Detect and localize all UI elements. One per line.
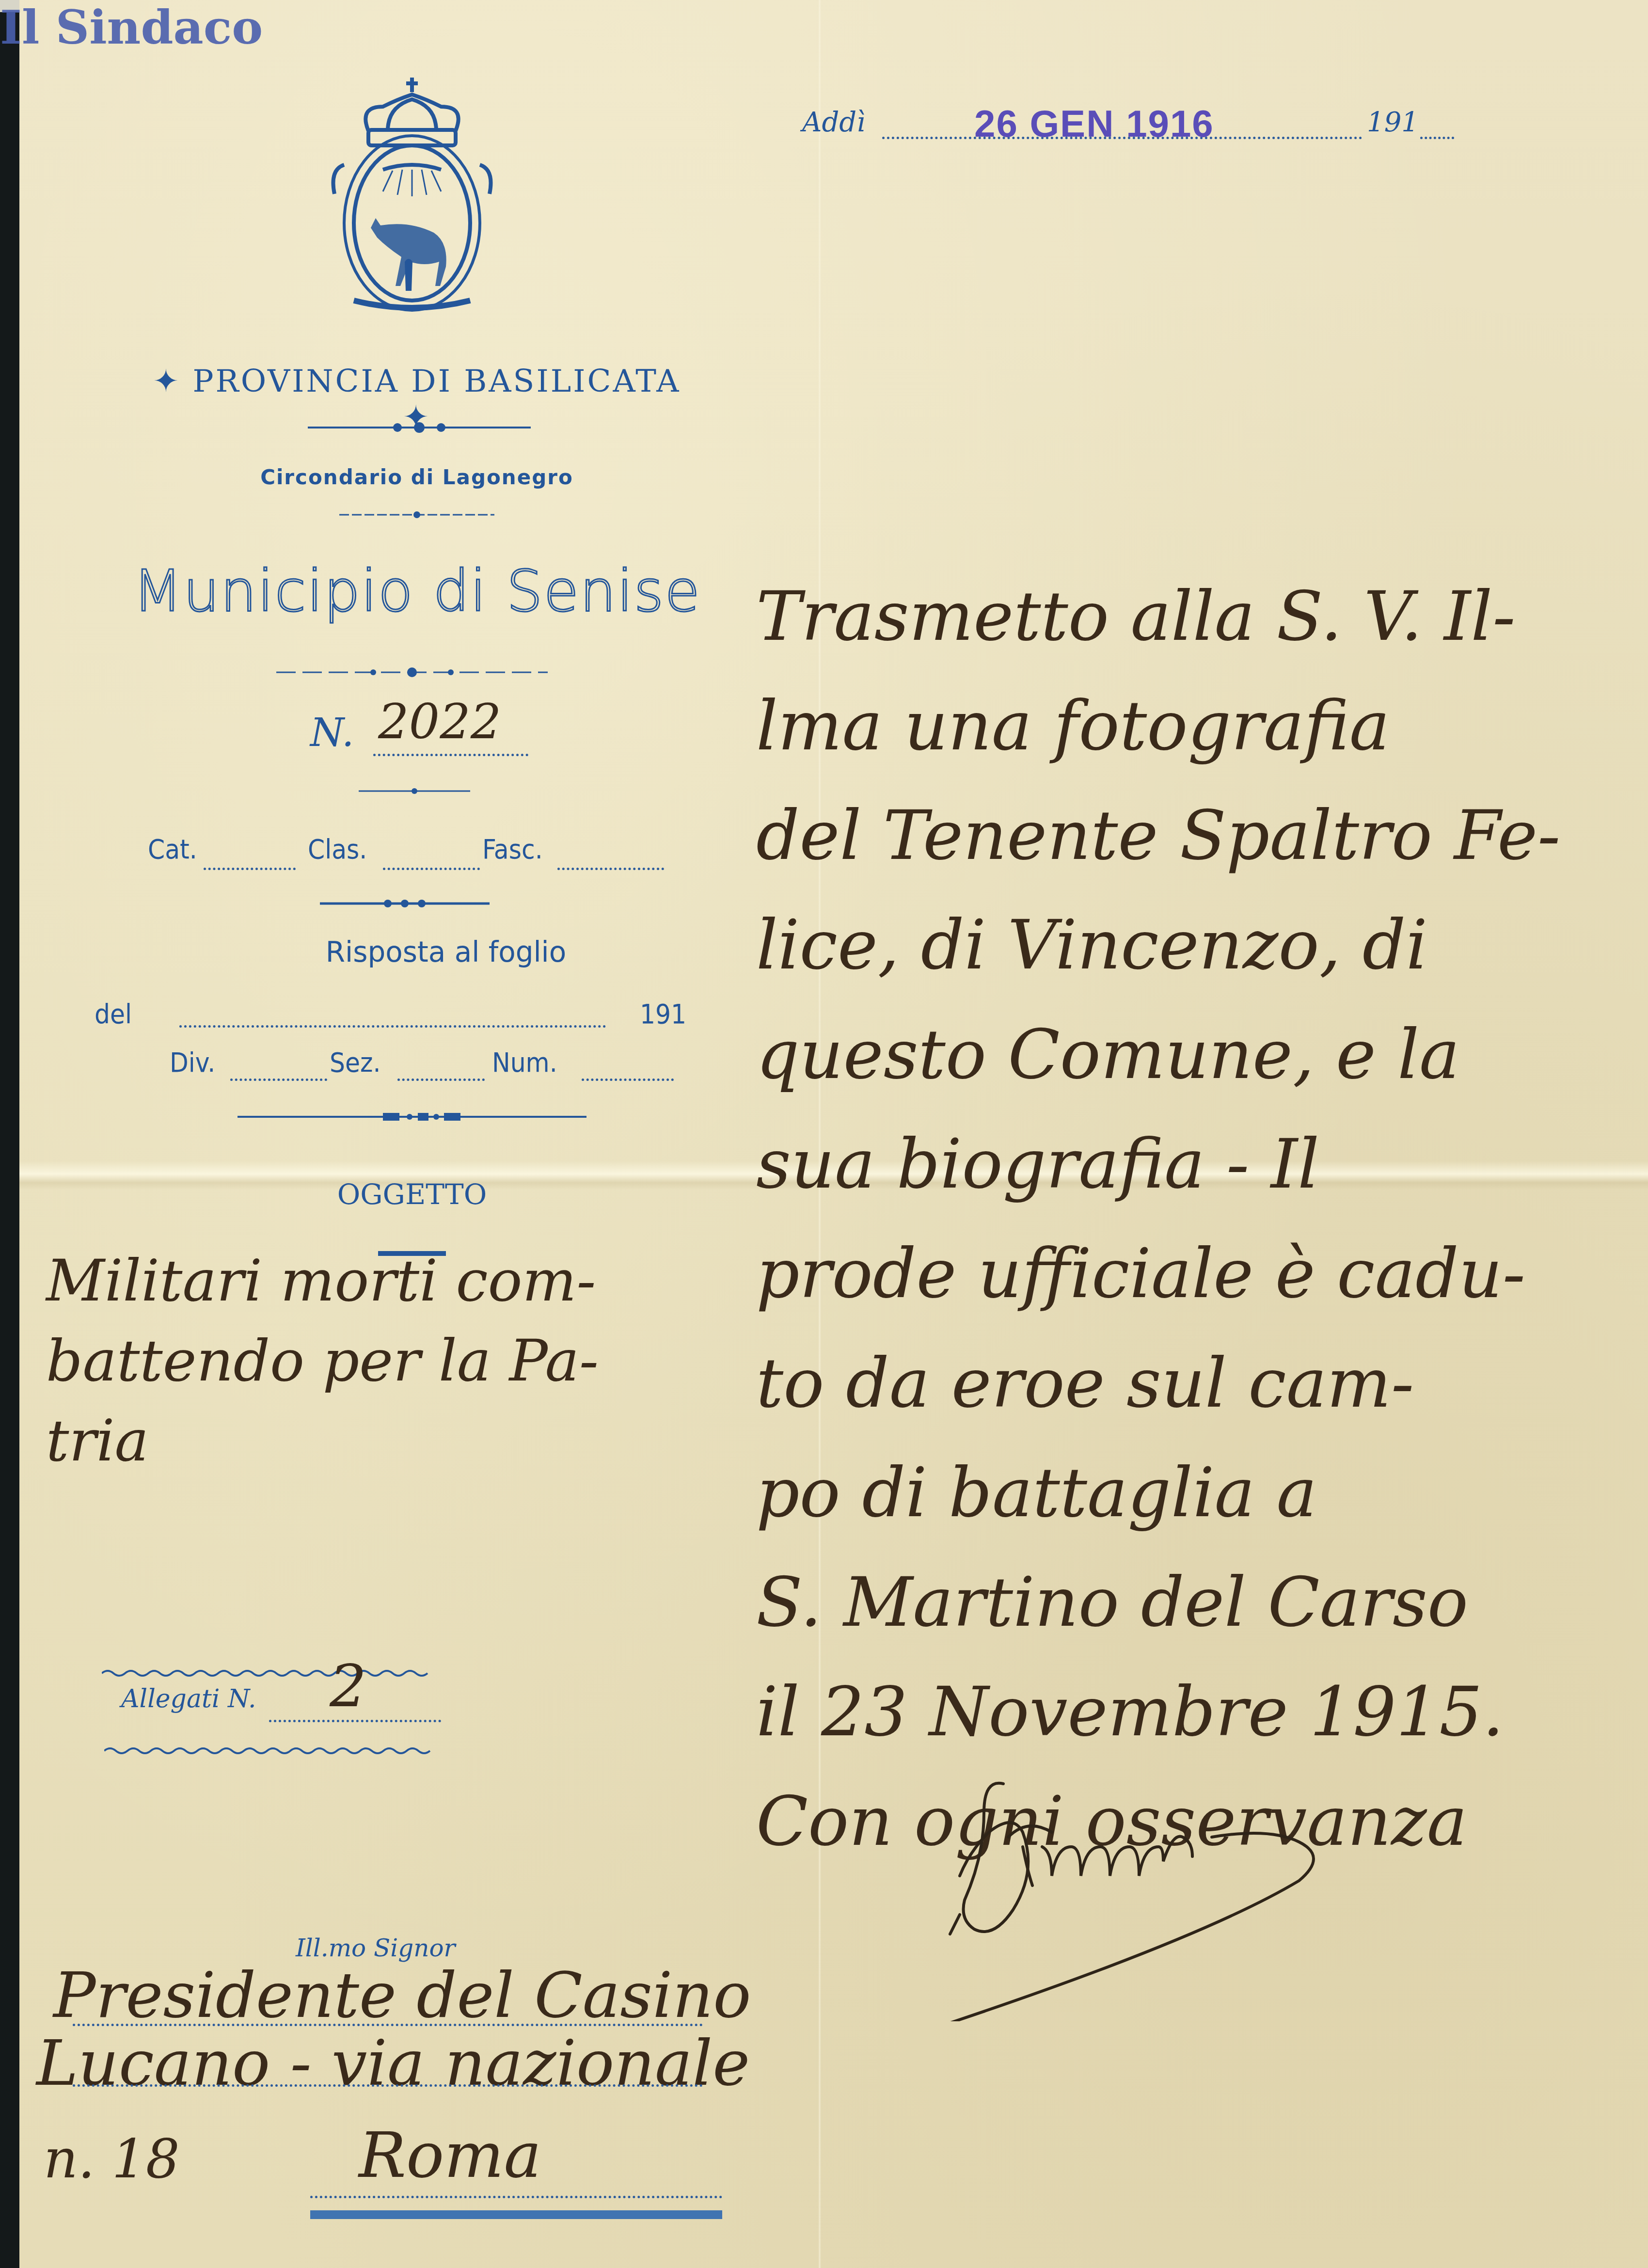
protocol-number-line (373, 754, 528, 756)
city-line (310, 2196, 722, 2198)
city-underline (310, 2210, 722, 2219)
ornamental-divider (359, 785, 470, 797)
mayor-title-stamp: Il Sindaco (0, 0, 1648, 55)
subject-line: Militari morti com- (46, 1241, 749, 1321)
date-stamp: 26 GEN 1916 (974, 102, 1214, 146)
subject-heading: OGGETTO (194, 1178, 630, 1211)
clas-field[interactable] (383, 868, 480, 870)
scan-border-left (0, 12, 19, 2268)
body-line: lma una fotografia (756, 672, 1638, 781)
sez-label: Sez. (330, 1047, 380, 1078)
cat-label: Cat. (148, 834, 197, 865)
body-line: del Tenente Spaltro Fe- (756, 781, 1638, 891)
ornamental-divider (339, 509, 494, 521)
date-year-prefix: 191 (1367, 107, 1419, 138)
recipient-street-number: n. 18 (44, 2128, 180, 2190)
letter-body: Trasmetto alla S. V. Il- lma una fotogra… (756, 562, 1638, 1877)
reply-year-prefix: 191 (640, 999, 686, 1030)
subject-text: Militari morti com- battendo per la Pa- … (46, 1241, 749, 1481)
fasc-field[interactable] (557, 868, 664, 870)
body-line: S. Martino del Carso (756, 1548, 1638, 1658)
district-name: Circondario di Lagonegro (145, 465, 688, 489)
body-line: to da eroe sul cam- (756, 1329, 1638, 1439)
address-line (73, 2084, 703, 2087)
clas-label: Clas. (308, 834, 367, 865)
date-year-line (1420, 137, 1454, 139)
num-label: Num. (492, 1047, 557, 1078)
body-line: lice, di Vincenzo, di (756, 891, 1638, 1000)
ornamental-divider (276, 666, 548, 678)
ornamental-divider (308, 422, 531, 433)
div-label: Div. (170, 1047, 215, 1078)
body-line: sua biografia - Il (756, 1110, 1638, 1220)
cat-field[interactable] (204, 868, 296, 870)
reply-date-field[interactable] (179, 1025, 606, 1028)
body-line: Trasmetto alla S. V. Il- (756, 562, 1638, 672)
subject-line: tria (46, 1401, 749, 1481)
recipient-line: Presidente del Casino (53, 1958, 751, 2032)
div-field[interactable] (230, 1078, 327, 1081)
body-line: po di battaglia a (756, 1439, 1638, 1548)
ornamental-divider (238, 1111, 586, 1123)
recipient-city: Roma (359, 2118, 541, 2192)
sez-field[interactable] (397, 1078, 485, 1081)
fasc-label: Fasc. (482, 834, 543, 865)
ornamental-divider (320, 898, 490, 909)
wavy-rule (102, 1667, 441, 1679)
crest-crowned-she-wolf-icon (315, 73, 509, 325)
attachments-count: 2 (330, 1653, 366, 1720)
num-field[interactable] (582, 1078, 674, 1081)
handwritten-signature-icon (911, 1755, 1541, 2021)
body-line: il 23 Novembre 1915. (756, 1658, 1638, 1767)
attachments-label: Allegati N. (121, 1684, 256, 1713)
recipient-line: Lucano - via nazionale (36, 2026, 750, 2100)
municipality-title: Municipio di Senise (87, 557, 746, 624)
body-line: questo Comune, e la (756, 1000, 1638, 1110)
reply-heading: Risposta al foglio (194, 936, 698, 968)
wavy-rule (104, 1745, 444, 1757)
protocol-label: N. (310, 710, 354, 755)
fleuron-left-icon: ✦ (153, 364, 192, 399)
protocol-number: 2022 (378, 693, 502, 750)
date-label: Addì (802, 107, 865, 138)
body-line: prode ufficiale è cadu- (756, 1220, 1638, 1329)
reply-del-label: del (95, 999, 132, 1030)
subject-line: battendo per la Pa- (46, 1321, 749, 1401)
